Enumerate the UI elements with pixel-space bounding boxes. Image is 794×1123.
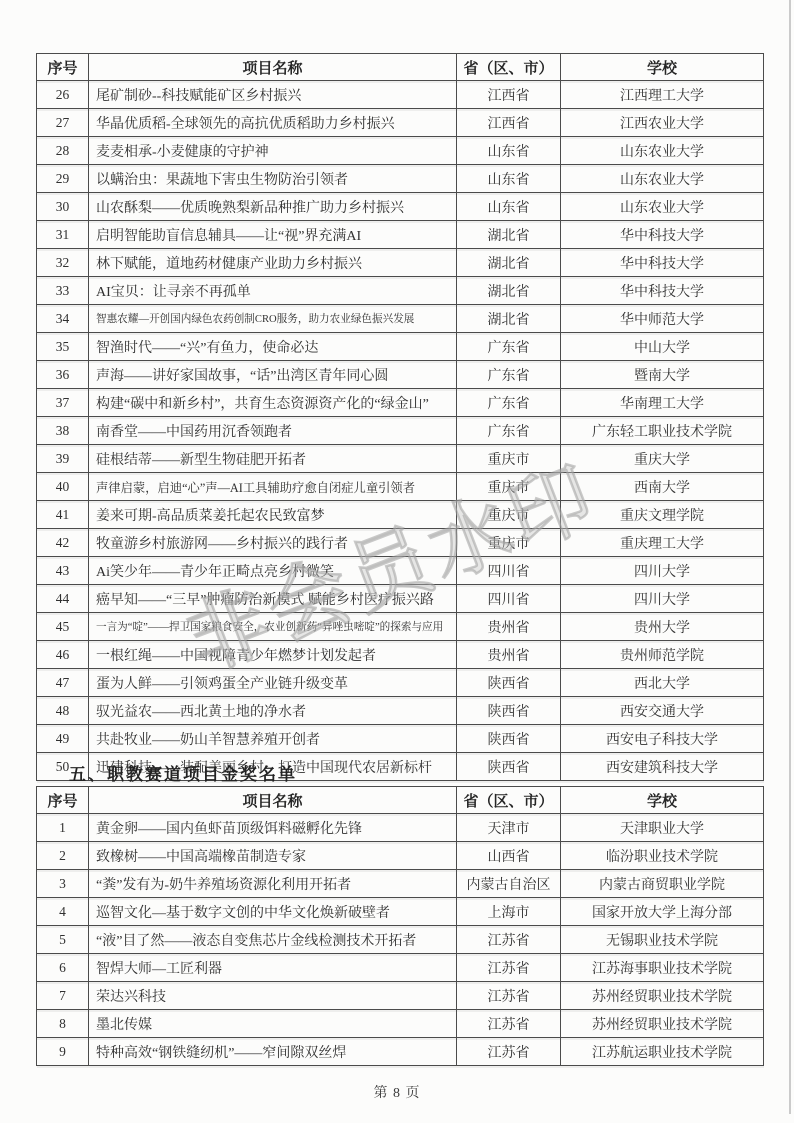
school-cell: 山东农业大学 (561, 165, 764, 193)
school-cell: 西南大学 (561, 473, 764, 501)
project-name-cell: 林下赋能，道地药材健康产业助力乡村振兴 (89, 249, 457, 277)
row-number-cell: 1 (37, 814, 89, 842)
school-cell: 贵州师范学院 (561, 641, 764, 669)
row-number-cell: 46 (37, 641, 89, 669)
table-row: 42牧童游乡村旅游网——乡村振兴的践行者重庆市重庆理工大学 (37, 529, 764, 557)
province-cell: 重庆市 (457, 501, 561, 529)
school-cell: 华中科技大学 (561, 221, 764, 249)
school-cell: 重庆文理学院 (561, 501, 764, 529)
project-name-cell: 尾矿制砂--科技赋能矿区乡村振兴 (89, 81, 457, 109)
school-cell: 江西农业大学 (561, 109, 764, 137)
project-name-cell: Ai笑少年——青少年正畸点亮乡村微笑 (89, 557, 457, 585)
col-header-province: 省（区、市） (457, 787, 561, 814)
row-number-cell: 30 (37, 193, 89, 221)
col-header-school: 学校 (561, 54, 764, 81)
province-cell: 四川省 (457, 557, 561, 585)
province-cell: 广东省 (457, 417, 561, 445)
table-row: 37构建“碳中和新乡村”，共育生态资源资产化的“绿金山”广东省华南理工大学 (37, 389, 764, 417)
province-cell: 重庆市 (457, 445, 561, 473)
row-number-cell: 34 (37, 305, 89, 333)
table-row: 6智焊大师—工匠利器江苏省江苏海事职业技术学院 (37, 954, 764, 982)
row-number-cell: 27 (37, 109, 89, 137)
province-cell: 山东省 (457, 165, 561, 193)
school-cell: 华中科技大学 (561, 277, 764, 305)
project-name-cell: 巡智文化—基于数字文创的中华文化焕新破壁者 (89, 898, 457, 926)
table-row: 26尾矿制砂--科技赋能矿区乡村振兴江西省江西理工大学 (37, 81, 764, 109)
province-cell: 四川省 (457, 585, 561, 613)
table-row: 41姜来可期-高品质菜姜托起农民致富梦重庆市重庆文理学院 (37, 501, 764, 529)
row-number-cell: 37 (37, 389, 89, 417)
province-cell: 陕西省 (457, 669, 561, 697)
table-row: 39硅根结蒂——新型生物硅肥开拓者重庆市重庆大学 (37, 445, 764, 473)
page-scan-edge (789, 0, 791, 1114)
province-cell: 湖北省 (457, 249, 561, 277)
table-row: 31启明智能助盲信息辅具——让“视”界充满AI湖北省华中科技大学 (37, 221, 764, 249)
province-cell: 上海市 (457, 898, 561, 926)
row-number-cell: 3 (37, 870, 89, 898)
section-heading-vocational-track: 五、职教赛道项目金奖名单 (69, 760, 297, 785)
province-cell: 天津市 (457, 814, 561, 842)
project-name-cell: 启明智能助盲信息辅具——让“视”界充满AI (89, 221, 457, 249)
province-cell: 重庆市 (457, 529, 561, 557)
school-cell: 西安建筑科技大学 (561, 753, 764, 781)
province-cell: 广东省 (457, 361, 561, 389)
row-number-cell: 6 (37, 954, 89, 982)
table-row: 32林下赋能，道地药材健康产业助力乡村振兴湖北省华中科技大学 (37, 249, 764, 277)
school-cell: 江苏海事职业技术学院 (561, 954, 764, 982)
school-cell: 华中科技大学 (561, 249, 764, 277)
table-row: 30山农酥梨——优质晚熟梨新品种推广助力乡村振兴山东省山东农业大学 (37, 193, 764, 221)
province-cell: 贵州省 (457, 613, 561, 641)
school-cell: 无锡职业技术学院 (561, 926, 764, 954)
school-cell: 山东农业大学 (561, 193, 764, 221)
row-number-cell: 47 (37, 669, 89, 697)
school-cell: 国家开放大学上海分部 (561, 898, 764, 926)
school-cell: 暨南大学 (561, 361, 764, 389)
row-number-cell: 43 (37, 557, 89, 585)
project-name-cell: 荣达兴科技 (89, 982, 457, 1010)
table-row: 44癌早知——“三早”肿瘤防治新模式 赋能乡村医疗振兴路四川省四川大学 (37, 585, 764, 613)
col-header-school: 学校 (561, 787, 764, 814)
table-row: 33AI宝贝：让寻亲不再孤单湖北省华中科技大学 (37, 277, 764, 305)
row-number-cell: 45 (37, 613, 89, 641)
province-cell: 山西省 (457, 842, 561, 870)
province-cell: 江西省 (457, 81, 561, 109)
province-cell: 江苏省 (457, 954, 561, 982)
project-name-cell: 蛋为人鲜——引领鸡蛋全产业链升级变革 (89, 669, 457, 697)
school-cell: 中山大学 (561, 333, 764, 361)
table-header-row: 序号项目名称省（区、市）学校 (37, 54, 764, 81)
project-name-cell: 声律启蒙，启迪“心”声—AI工具辅助疗愈自闭症儿童引领者 (89, 473, 457, 501)
project-name-cell: 智渔时代——“兴”有鱼力，使命必达 (89, 333, 457, 361)
col-header-no: 序号 (37, 54, 89, 81)
province-cell: 江西省 (457, 109, 561, 137)
project-name-cell: 以螨治虫：果蔬地下害虫生物防治引领者 (89, 165, 457, 193)
project-name-cell: “粪”发有为-奶牛养殖场资源化利用开拓者 (89, 870, 457, 898)
gold-award-table-vocational-track: 序号项目名称省（区、市）学校 1黄金卵——国内鱼虾苗顶级饵料磁孵化先锋天津市天津… (36, 786, 764, 1066)
table-row: 48驭光益农——西北黄土地的净水者陕西省西安交通大学 (37, 697, 764, 725)
project-name-cell: 黄金卵——国内鱼虾苗顶级饵料磁孵化先锋 (89, 814, 457, 842)
project-name-cell: 致橡树——中国高端橡苗制造专家 (89, 842, 457, 870)
row-number-cell: 39 (37, 445, 89, 473)
header-row: 序号项目名称省（区、市）学校 (37, 54, 764, 81)
school-cell: 江苏航运职业技术学院 (561, 1038, 764, 1066)
project-name-cell: AI宝贝：让寻亲不再孤单 (89, 277, 457, 305)
row-number-cell: 33 (37, 277, 89, 305)
row-number-cell: 35 (37, 333, 89, 361)
row-number-cell: 7 (37, 982, 89, 1010)
province-cell: 江苏省 (457, 1010, 561, 1038)
project-name-cell: 共赴牧业——奶山羊智慧养殖开创者 (89, 725, 457, 753)
school-cell: 临汾职业技术学院 (561, 842, 764, 870)
project-name-cell: 华晶优质稻-全球领先的高抗优质稻助力乡村振兴 (89, 109, 457, 137)
project-name-cell: 一根红绳——中国视障青少年燃梦计划发起者 (89, 641, 457, 669)
gold-award-table-main-track: 序号项目名称省（区、市）学校 26尾矿制砂--科技赋能矿区乡村振兴江西省江西理工… (36, 53, 764, 781)
col-header-no: 序号 (37, 787, 89, 814)
table-row: 45一言为“啶”——捍卫国家粮食安全，农业创新药“异唑虫嘧啶”的探索与应用贵州省… (37, 613, 764, 641)
school-cell: 西安交通大学 (561, 697, 764, 725)
col-header-project: 项目名称 (89, 787, 457, 814)
table-row: 3“粪”发有为-奶牛养殖场资源化利用开拓者内蒙古自治区内蒙古商贸职业学院 (37, 870, 764, 898)
project-name-cell: 声海——讲好家国故事，“话”出湾区青年同心圆 (89, 361, 457, 389)
table-row: 4巡智文化—基于数字文创的中华文化焕新破壁者上海市国家开放大学上海分部 (37, 898, 764, 926)
project-name-cell: 驭光益农——西北黄土地的净水者 (89, 697, 457, 725)
row-number-cell: 5 (37, 926, 89, 954)
province-cell: 江苏省 (457, 926, 561, 954)
page-number: 第 8 页 (0, 1082, 794, 1102)
row-number-cell: 40 (37, 473, 89, 501)
table-row: 43Ai笑少年——青少年正畸点亮乡村微笑四川省四川大学 (37, 557, 764, 585)
table-row: 38南香堂——中国药用沉香领跑者广东省广东轻工职业技术学院 (37, 417, 764, 445)
province-cell: 湖北省 (457, 277, 561, 305)
province-cell: 内蒙古自治区 (457, 870, 561, 898)
table-row: 49共赴牧业——奶山羊智慧养殖开创者陕西省西安电子科技大学 (37, 725, 764, 753)
row-number-cell: 29 (37, 165, 89, 193)
table-row: 9特种高效“钢铁缝纫机”——窄间隙双丝焊江苏省江苏航运职业技术学院 (37, 1038, 764, 1066)
row-number-cell: 44 (37, 585, 89, 613)
province-cell: 陕西省 (457, 725, 561, 753)
project-name-cell: 墨北传媒 (89, 1010, 457, 1038)
project-name-cell: 麦麦相承-小麦健康的守护神 (89, 137, 457, 165)
school-cell: 苏州经贸职业技术学院 (561, 1010, 764, 1038)
school-cell: 华南理工大学 (561, 389, 764, 417)
table-row: 47蛋为人鲜——引领鸡蛋全产业链升级变革陕西省西北大学 (37, 669, 764, 697)
row-number-cell: 32 (37, 249, 89, 277)
table-header-row: 序号项目名称省（区、市）学校 (37, 787, 764, 814)
school-cell: 内蒙古商贸职业学院 (561, 870, 764, 898)
col-header-province: 省（区、市） (457, 54, 561, 81)
school-cell: 四川大学 (561, 585, 764, 613)
project-name-cell: 智焊大师—工匠利器 (89, 954, 457, 982)
school-cell: 苏州经贸职业技术学院 (561, 982, 764, 1010)
header-row: 序号项目名称省（区、市）学校 (37, 787, 764, 814)
project-name-cell: 癌早知——“三早”肿瘤防治新模式 赋能乡村医疗振兴路 (89, 585, 457, 613)
project-name-cell: 硅根结蒂——新型生物硅肥开拓者 (89, 445, 457, 473)
province-cell: 湖北省 (457, 221, 561, 249)
project-name-cell: 姜来可期-高品质菜姜托起农民致富梦 (89, 501, 457, 529)
school-cell: 西安电子科技大学 (561, 725, 764, 753)
school-cell: 重庆理工大学 (561, 529, 764, 557)
province-cell: 江苏省 (457, 1038, 561, 1066)
table-row: 35智渔时代——“兴”有鱼力，使命必达广东省中山大学 (37, 333, 764, 361)
project-name-cell: 智惠农耀—开创国内绿色农药创制CRO服务，助力农业绿色振兴发展 (89, 305, 457, 333)
province-cell: 广东省 (457, 389, 561, 417)
row-number-cell: 4 (37, 898, 89, 926)
table-row: 34智惠农耀—开创国内绿色农药创制CRO服务，助力农业绿色振兴发展湖北省华中师范… (37, 305, 764, 333)
table-row: 1黄金卵——国内鱼虾苗顶级饵料磁孵化先锋天津市天津职业大学 (37, 814, 764, 842)
scanned-document-page: 非会员水印 序号项目名称省（区、市）学校 26尾矿制砂--科技赋能矿区乡村振兴江… (0, 0, 794, 1123)
province-cell: 湖北省 (457, 305, 561, 333)
row-number-cell: 36 (37, 361, 89, 389)
row-number-cell: 2 (37, 842, 89, 870)
row-number-cell: 48 (37, 697, 89, 725)
project-name-cell: 牧童游乡村旅游网——乡村振兴的践行者 (89, 529, 457, 557)
row-number-cell: 41 (37, 501, 89, 529)
school-cell: 江西理工大学 (561, 81, 764, 109)
table-row: 27华晶优质稻-全球领先的高抗优质稻助力乡村振兴江西省江西农业大学 (37, 109, 764, 137)
school-cell: 天津职业大学 (561, 814, 764, 842)
table-row: 2致橡树——中国高端橡苗制造专家山西省临汾职业技术学院 (37, 842, 764, 870)
row-number-cell: 49 (37, 725, 89, 753)
col-header-project: 项目名称 (89, 54, 457, 81)
row-number-cell: 28 (37, 137, 89, 165)
school-cell: 西北大学 (561, 669, 764, 697)
table-row: 29以螨治虫：果蔬地下害虫生物防治引领者山东省山东农业大学 (37, 165, 764, 193)
province-cell: 山东省 (457, 193, 561, 221)
province-cell: 陕西省 (457, 753, 561, 781)
project-name-cell: 特种高效“钢铁缝纫机”——窄间隙双丝焊 (89, 1038, 457, 1066)
province-cell: 山东省 (457, 137, 561, 165)
row-number-cell: 31 (37, 221, 89, 249)
school-cell: 四川大学 (561, 557, 764, 585)
table-row: 7荣达兴科技江苏省苏州经贸职业技术学院 (37, 982, 764, 1010)
school-cell: 山东农业大学 (561, 137, 764, 165)
school-cell: 贵州大学 (561, 613, 764, 641)
school-cell: 华中师范大学 (561, 305, 764, 333)
row-number-cell: 42 (37, 529, 89, 557)
province-cell: 重庆市 (457, 473, 561, 501)
province-cell: 陕西省 (457, 697, 561, 725)
table-row: 40声律启蒙，启迪“心”声—AI工具辅助疗愈自闭症儿童引领者重庆市西南大学 (37, 473, 764, 501)
school-cell: 广东轻工职业技术学院 (561, 417, 764, 445)
table-row: 36声海——讲好家国故事，“话”出湾区青年同心圆广东省暨南大学 (37, 361, 764, 389)
table-row: 8墨北传媒江苏省苏州经贸职业技术学院 (37, 1010, 764, 1038)
province-cell: 江苏省 (457, 982, 561, 1010)
project-name-cell: 南香堂——中国药用沉香领跑者 (89, 417, 457, 445)
row-number-cell: 38 (37, 417, 89, 445)
project-name-cell: 山农酥梨——优质晚熟梨新品种推广助力乡村振兴 (89, 193, 457, 221)
table-row: 46一根红绳——中国视障青少年燃梦计划发起者贵州省贵州师范学院 (37, 641, 764, 669)
school-cell: 重庆大学 (561, 445, 764, 473)
project-name-cell: “液”目了然——液态自变焦芯片金线检测技术开拓者 (89, 926, 457, 954)
province-cell: 广东省 (457, 333, 561, 361)
table-row: 28麦麦相承-小麦健康的守护神山东省山东农业大学 (37, 137, 764, 165)
row-number-cell: 26 (37, 81, 89, 109)
province-cell: 贵州省 (457, 641, 561, 669)
project-name-cell: 构建“碳中和新乡村”，共育生态资源资产化的“绿金山” (89, 389, 457, 417)
project-name-cell: 一言为“啶”——捍卫国家粮食安全，农业创新药“异唑虫嘧啶”的探索与应用 (89, 613, 457, 641)
row-number-cell: 8 (37, 1010, 89, 1038)
row-number-cell: 9 (37, 1038, 89, 1066)
table-row: 5“液”目了然——液态自变焦芯片金线检测技术开拓者江苏省无锡职业技术学院 (37, 926, 764, 954)
